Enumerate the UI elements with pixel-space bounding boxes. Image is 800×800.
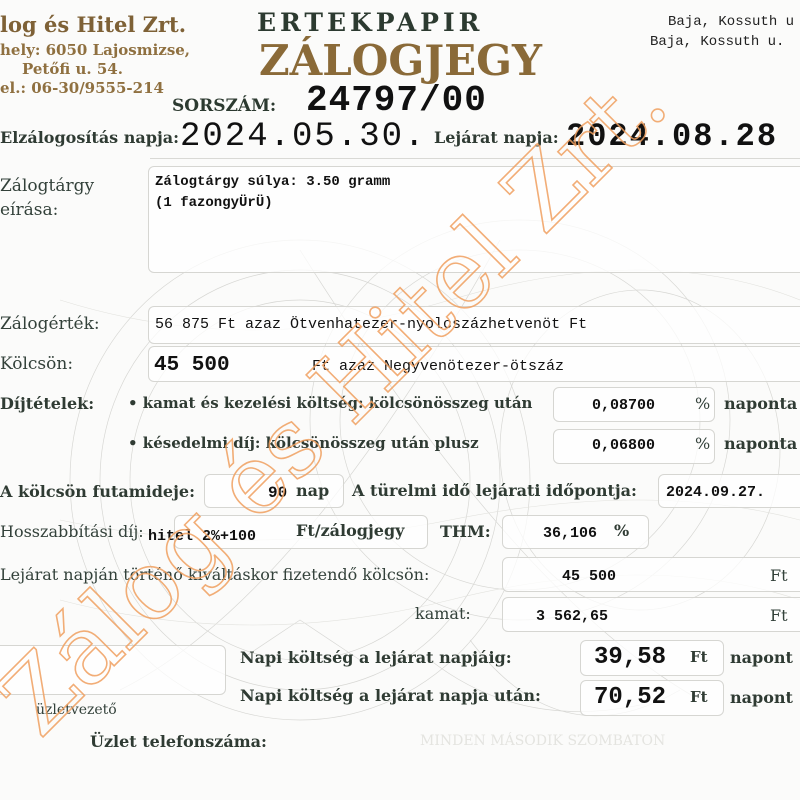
- item-description-line1: Zálogtárgy súlya: 3.50 gramm: [155, 174, 390, 190]
- interest-unit: Ft: [770, 606, 788, 625]
- daily-after-due-suffix: napont: [730, 688, 793, 707]
- extension-value: hitel 2%+100: [148, 528, 256, 545]
- redemption-loan-label: Lejárat napján történő kiváltáskor fizet…: [0, 565, 429, 584]
- fee-late-unit: %: [695, 434, 710, 453]
- fee-interest-value: 0,08700: [592, 397, 655, 414]
- daily-until-due-unit: Ft: [690, 648, 708, 666]
- pledge-date-value: 2024.05.30.: [180, 118, 426, 156]
- fee-interest-desc: • kamat és kezelési költség: kölcsönössz…: [128, 394, 532, 412]
- fee-late-desc: • késedelmi díj: kölcsönösszeg után plus…: [128, 434, 479, 452]
- interest-value: 3 562,65: [536, 608, 608, 625]
- pledge-date-label: Elzálogosítás napja:: [0, 128, 179, 147]
- grace-value: 2024.09.27.: [666, 484, 765, 501]
- company-name: log és Hitel Zrt.: [0, 12, 186, 37]
- daily-after-due-unit: Ft: [690, 688, 708, 706]
- loan-amount-text: Ft azaz Negyvenötezer-ötszáz: [312, 358, 564, 375]
- company-street: Petőfi u. 54.: [22, 60, 123, 78]
- daily-until-due-value: 39,58: [594, 644, 666, 671]
- extension-unit: Ft/zálogjegy: [296, 521, 404, 540]
- fee-interest-suffix: naponta: [724, 394, 797, 413]
- company-phone: el.: 06-30/9555-214: [0, 79, 164, 97]
- due-date-value: 2024.08.28: [566, 118, 778, 155]
- item-description-line2: (1 fazongyÜrÜ): [155, 195, 273, 211]
- document-title: ZÁLOGJEGY: [259, 36, 542, 85]
- daily-until-due-suffix: napont: [730, 648, 793, 667]
- fees-label: Díjtételek:: [0, 394, 94, 413]
- shop-phone-label: Üzlet telefonszáma:: [90, 732, 267, 751]
- redemption-loan-value: 45 500: [562, 568, 616, 585]
- branch-address-1: Baja, Kossuth u: [668, 14, 794, 30]
- daily-until-due-label: Napi költség a lejárat napjáig:: [240, 648, 512, 667]
- pledge-value-label: Zálogérték:: [0, 314, 100, 334]
- grace-label: A türelmi idő lejárati időpontja:: [352, 481, 637, 500]
- thm-unit: %: [614, 521, 629, 540]
- signature-box: [0, 645, 226, 695]
- document-kind: ERTEKPAPIR: [257, 8, 483, 37]
- item-label-line1: Zálogtárgy: [0, 176, 94, 196]
- thm-label: THM:: [440, 522, 491, 541]
- redemption-loan-unit: Ft: [770, 566, 788, 585]
- due-date-label: Lejárat napja:: [434, 128, 559, 147]
- fee-interest-unit: %: [695, 394, 710, 413]
- fee-late-suffix: naponta: [724, 434, 797, 453]
- loan-label: Kölcsön:: [0, 354, 73, 374]
- thm-value: 36,106: [543, 525, 597, 542]
- daily-after-due-value: 70,52: [594, 684, 666, 711]
- fee-late-value: 0,06800: [592, 437, 655, 454]
- term-unit: nap: [296, 481, 329, 500]
- daily-after-due-label: Napi költség a lejárat napja után:: [240, 686, 541, 705]
- extension-label: Hosszabbítási díj:: [0, 522, 144, 541]
- svg-text:MINDEN MÁSODIK SZOMBATON: MINDEN MÁSODIK SZOMBATON: [420, 731, 665, 749]
- serial-number: 24797/00: [306, 80, 487, 121]
- manager-label: üzletvezető: [36, 702, 117, 718]
- item-label-line2: eírása:: [0, 200, 58, 220]
- redemption-loan-box: [502, 557, 800, 592]
- term-label: A kölcsön futamideje:: [0, 482, 195, 501]
- serial-label: SORSZÁM:: [172, 96, 276, 116]
- interest-label: kamat:: [415, 604, 471, 623]
- company-seat: hely: 6050 Lajosmizse,: [0, 41, 190, 59]
- loan-amount: 45 500: [154, 354, 230, 377]
- term-value: 90: [268, 484, 287, 502]
- branch-address-2: Baja, Kossuth u.: [650, 34, 784, 50]
- pledge-value-text: 56 875 Ft azaz Ötvenhatezer-nyolcszázhet…: [155, 316, 587, 333]
